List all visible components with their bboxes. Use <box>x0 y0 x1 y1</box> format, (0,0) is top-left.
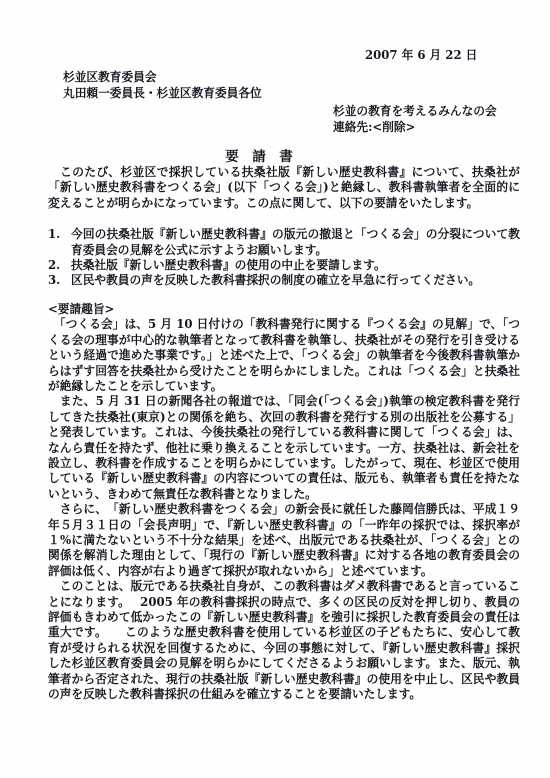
recipient-block: 杉並区教育委員会 丸田頼一委員長・杉並区教育委員各位 <box>63 70 520 101</box>
intro-paragraph: このたび、杉並区で採択している扶桑社版『新しい歴史教科書』について、扶桑社が「新… <box>48 165 520 211</box>
sender-name: 杉並の教育を考えるみんなの会 <box>333 104 520 119</box>
page-title: 要 請 書 <box>48 149 520 165</box>
body-paragraph-2: また、5 月 31 日の新聞各社の報道では、「同会(「つくる会」)執筆の検定教科… <box>48 394 520 502</box>
recipient-line-1: 杉並区教育委員会 <box>63 70 520 85</box>
body-paragraph-3: さらに、 「新しい歴史教科書をつくる会」の新会長に就任した藤岡信勝氏は、平成１９… <box>48 502 520 579</box>
request-number: 3. <box>48 273 60 288</box>
section-heading: <要請趣旨> <box>48 302 520 317</box>
request-number: 1. <box>48 227 60 242</box>
body-paragraph-4: このことは、版元である扶桑社自身が、この教科書はダメ教科書であると言っていること… <box>48 579 520 702</box>
body-paragraph-1: 「つくる会」は、5 月 10 日付けの「教科書発行に関する『つくる会』の見解」で… <box>48 317 520 394</box>
sender-contact: 連絡先:<削除> <box>333 120 520 135</box>
request-text: 今回の扶桑社版『新しい歴史教科書』の版元の撤退と「つくる会」の分裂について教育委… <box>71 227 520 256</box>
document-date: 2007 年 6 月 22 日 <box>365 48 520 63</box>
request-text: 区民や教員の声を反映した教科書採択の制度の確立を早急に行ってください。 <box>71 273 480 287</box>
request-text: 扶桑社版『新しい歴史教科書』の使用の中止を要請します。 <box>71 258 386 272</box>
sender-block: 杉並の教育を考えるみんなの会 連絡先:<削除> <box>333 104 520 135</box>
request-item-3: 3. 区民や教員の声を反映した教科書採択の制度の確立を早急に行ってください。 <box>48 273 520 288</box>
document-page: 2007 年 6 月 22 日 杉並区教育委員会 丸田頼一委員長・杉並区教育委員… <box>0 0 550 778</box>
request-list: 1. 今回の扶桑社版『新しい歴史教科書』の版元の撤退と「つくる会」の分裂について… <box>48 227 520 289</box>
request-number: 2. <box>48 258 60 273</box>
recipient-line-2: 丸田頼一委員長・杉並区教育委員各位 <box>63 86 520 101</box>
request-item-1: 1. 今回の扶桑社版『新しい歴史教科書』の版元の撤退と「つくる会」の分裂について… <box>48 227 520 258</box>
request-item-2: 2. 扶桑社版『新しい歴史教科書』の使用の中止を要請します。 <box>48 258 520 273</box>
